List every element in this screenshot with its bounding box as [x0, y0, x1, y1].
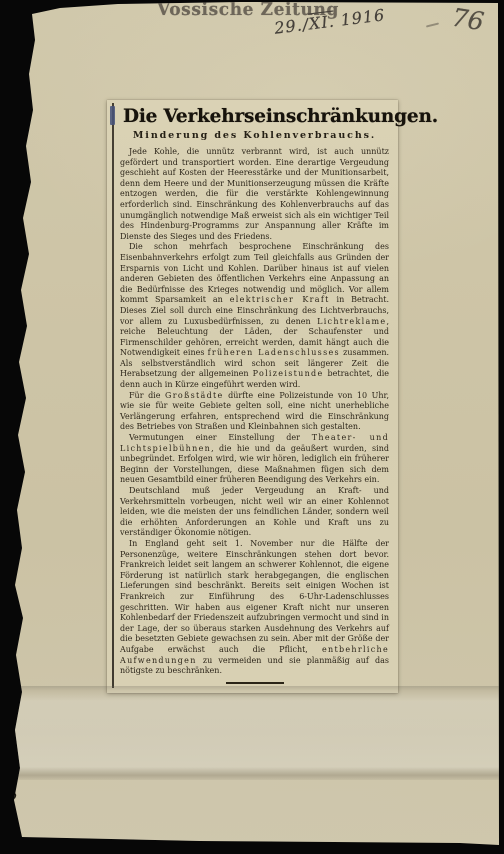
article-paragraph: Deutschland muß jeder Vergeudung an Kraf…	[120, 486, 389, 539]
emphasized-text: früheren Ladenschlusses	[208, 348, 340, 357]
article-paragraph: Vermutungen einer Einstellung der Theate…	[120, 433, 389, 486]
emphasized-text: Polizeistunde	[253, 369, 324, 378]
emphasized-text: elektrischer Kraft	[230, 295, 330, 304]
article-body: Jede Kohle, die unnütz verbrannt wird, i…	[120, 147, 389, 677]
emphasized-text: Lichtreklame	[317, 317, 386, 326]
paragraph-text: Jede Kohle, die unnütz verbrannt wird, i…	[120, 147, 389, 241]
column-rule	[112, 103, 114, 688]
paragraph-text: In England geht seit 1. November nur die…	[120, 539, 389, 654]
backing-paper: Vossische Zeitung 29./XI. 1916 76 Die Ve…	[0, 0, 504, 854]
article-paragraph: Die schon mehrfach besprochene Einschrän…	[120, 242, 389, 390]
end-rule	[226, 682, 284, 685]
paragraph-text: Vermutungen einer Einstellung der	[129, 433, 312, 442]
pencil-mark	[426, 22, 439, 27]
article-paragraph: Für die Großstädte dürfte eine Polizeist…	[120, 391, 389, 433]
scanned-page: Vossische Zeitung 29./XI. 1916 76 Die Ve…	[0, 0, 504, 854]
ink-speck	[4, 790, 17, 802]
article-paragraph: In England geht seit 1. November nur die…	[120, 539, 389, 677]
page-number: 76	[450, 3, 486, 37]
date-year: 1916	[339, 5, 386, 29]
newspaper-clipping: Die Verkehrseinschränkungen. Minderung d…	[107, 100, 398, 693]
article-paragraph: Jede Kohle, die unnütz verbrannt wird, i…	[120, 147, 389, 242]
article-title: Die Verkehrseinschränkungen.	[123, 106, 389, 128]
editorial-mark	[110, 106, 115, 125]
paragraph-text: Deutschland muß jeder Vergeudung an Kraf…	[120, 486, 389, 537]
paper-crease	[0, 686, 504, 780]
date-day: 29./	[273, 15, 310, 38]
article-subtitle: Minderung des Kohlenverbrauchs.	[120, 130, 389, 141]
date-month-roman: XI.	[308, 11, 336, 33]
emphasized-text: Großstädte	[165, 391, 224, 400]
paragraph-text: Für die	[129, 391, 165, 400]
